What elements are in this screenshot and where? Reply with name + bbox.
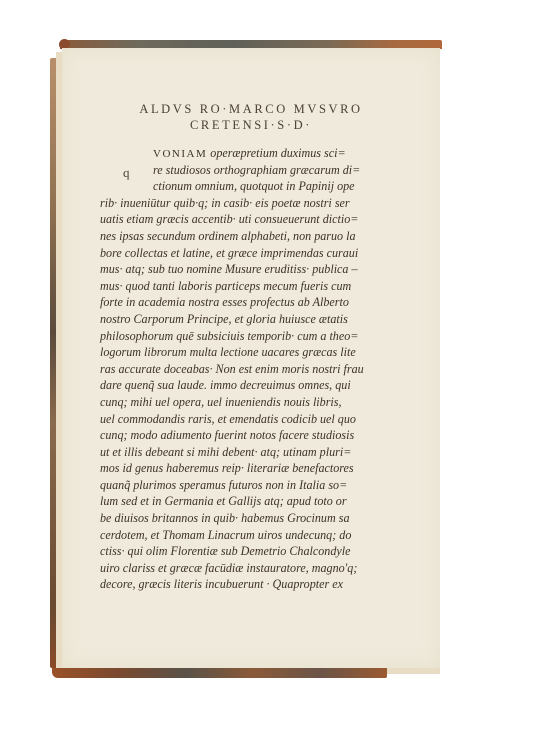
text-line: dare quenq̃ sua laude. immo decreuimus o… [100,377,400,394]
text-line: cunq; mihi uel opera, uel inueniendis no… [100,394,400,411]
text-line: ctionum omnium, quotquot in Papinij ope [100,178,400,195]
text-line: mos id genus haberemus reip· literariæ b… [100,460,400,477]
text-line: ctiss· qui olim Florentiæ sub Demetrio C… [100,543,400,560]
book: ALDVS RO·MARCO MVSVRO CRETENSI·S·D· q VO… [50,40,442,682]
text-line: logorum librorum multa lectione uacares … [100,344,400,361]
text-line: quanq̃ plurimos speramus futuros non in … [100,477,400,494]
text-line: forte in academia nostra esses profectus… [100,294,400,311]
text-line: nostro Carporum Principe, et gloria huiu… [100,311,400,328]
heading-line-1: ALDVS RO·MARCO MVSVRO [62,102,440,117]
text-line: bore collectas et latine, et græce impri… [100,245,400,262]
opening-caps: VONIAM [153,148,207,160]
text-line: re studiosos orthographiam græcarum di= [100,162,400,179]
heading-line-2: CRETENSI·S·D· [62,118,440,133]
text-line: be diuisos britannos in quib· habemus Gr… [100,510,400,527]
body-text: VONIAM operæpretium duximus sci= re stud… [100,145,400,593]
text-line: VONIAM operæpretium duximus sci= [100,145,400,162]
text-line: decore, græcis literis incubuerunt · Qua… [100,576,400,593]
text-line: uel commodandis raris, et emendatis codi… [100,411,400,428]
text-line: uiro clariss et græcæ facūdiæ instaurato… [100,560,400,577]
text-line: mus· atq; sub tuo nomine Musure eruditis… [100,261,400,278]
text-line: nes ipsas secundum ordinem alphabeti, no… [100,228,400,245]
text-line: uatis etiam græcis accentib· uti consueu… [100,211,400,228]
text-line: cerdotem, et Thomam Linacrum uiros undec… [100,527,400,544]
text-line: rib· inueniūtur quib·q; in casib· eis po… [100,195,400,212]
text-line: lum sed et in Germania et Gallijs atq; a… [100,493,400,510]
text-line: cunq; modo adiumento fuerint notos facer… [100,427,400,444]
page: ALDVS RO·MARCO MVSVRO CRETENSI·S·D· q VO… [62,48,440,668]
text-line: mus· quod tanti laboris particeps mecum … [100,278,400,295]
text-line: philosophorum quē subsiciuis temporib· c… [100,328,400,345]
binding-bottom-edge [52,668,387,678]
text-line: ut et illis debeant si mihi debent· atq;… [100,444,400,461]
text-line: ras accurate doceabas· Non est enim mori… [100,361,400,378]
